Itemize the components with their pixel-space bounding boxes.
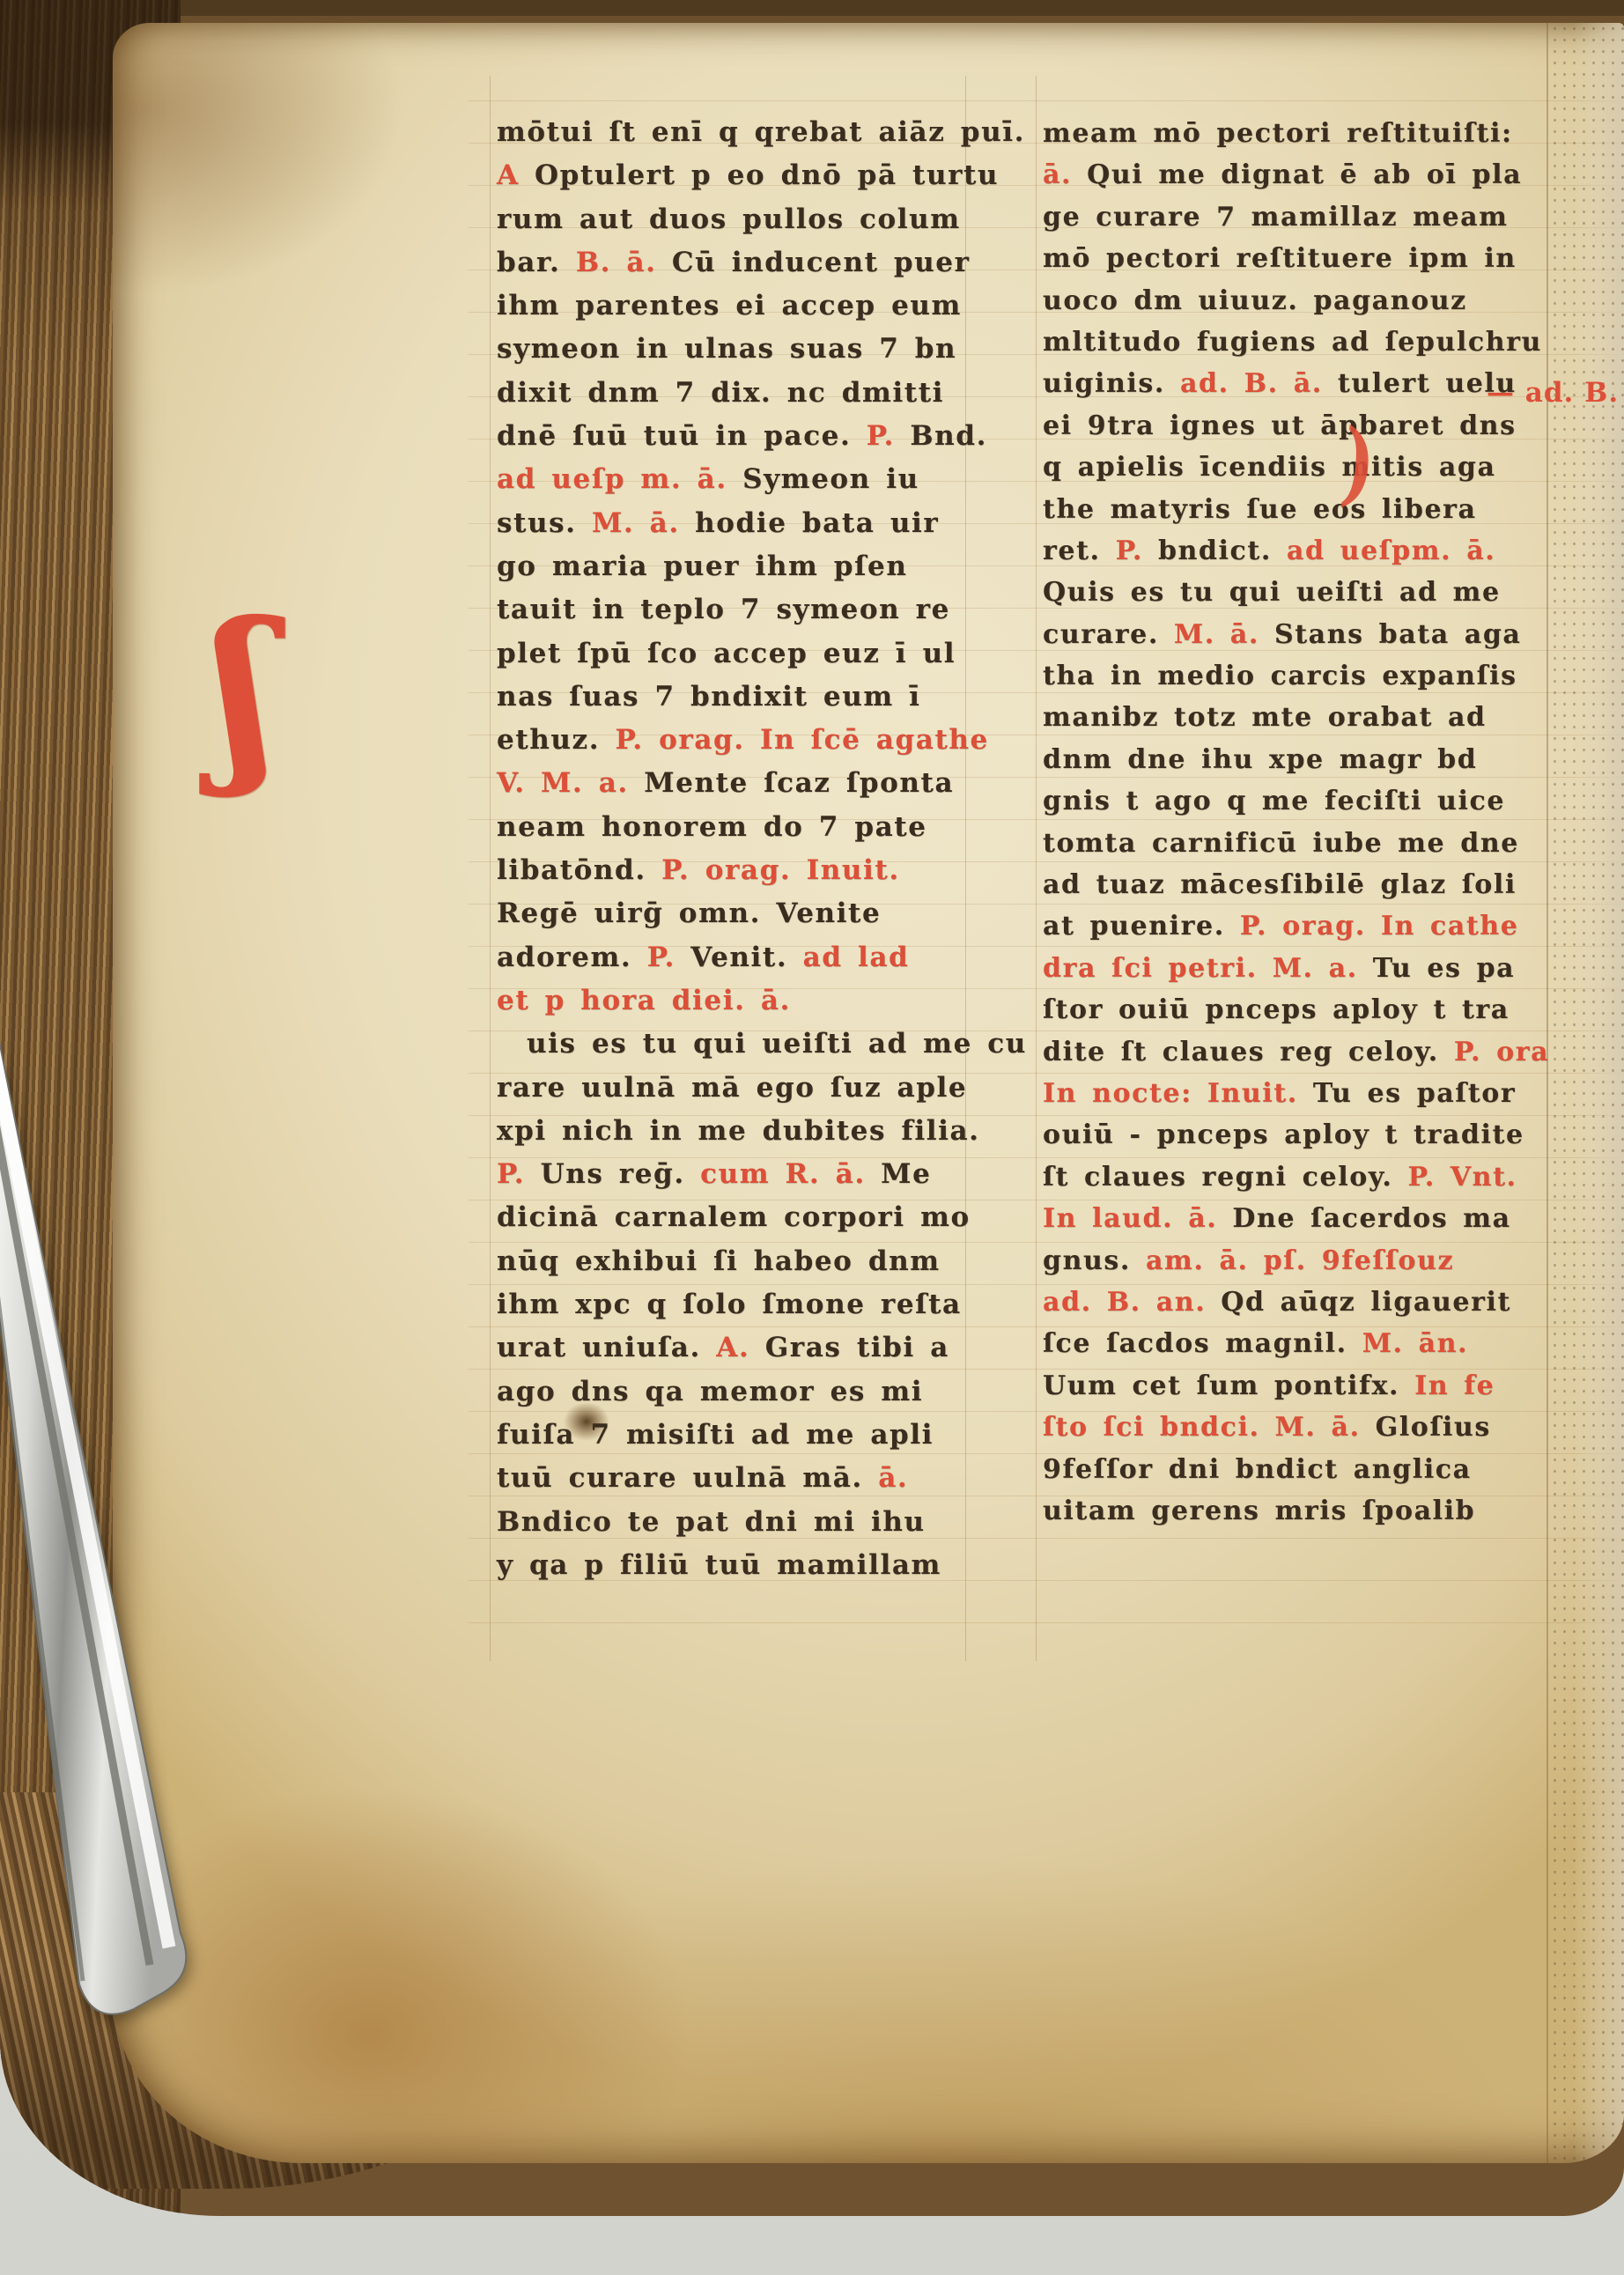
ink-text: dnē ſuū tuū in pace. xyxy=(497,420,867,452)
ink-text: libatōnd. xyxy=(497,854,661,886)
manuscript-text-line: ſtor ouiū pnceps aploy t tra xyxy=(1043,989,1549,1030)
ink-text: Regē uirḡ omn. Venite xyxy=(497,897,881,929)
ink-text: curare. xyxy=(1043,619,1174,650)
manuscript-text-line: neam honorem do 7 pate xyxy=(497,806,1027,849)
ink-text: Me xyxy=(881,1158,931,1190)
rubric-text: P. xyxy=(867,420,911,452)
ink-text: Venit. xyxy=(690,942,802,973)
ink-text: dicinā carnalem corpori mo xyxy=(497,1201,971,1233)
ink-text: at puenire. xyxy=(1043,911,1240,942)
manuscript-text-line: dra ſci petri. M. a. Tu es pa xyxy=(1043,948,1549,989)
ink-text: hodie bata uir xyxy=(695,507,939,539)
ink-text: ihm parentes ei accep eum xyxy=(497,290,962,321)
ink-text: rare uulnā mā ego ſuz aple xyxy=(497,1072,967,1104)
rubric-text: P. xyxy=(497,1158,541,1190)
ink-text: ad tuaz mācesſibilē glaz ſoli xyxy=(1043,869,1517,900)
ink-text: bar. xyxy=(497,247,576,278)
column-guide-line xyxy=(1036,76,1037,1661)
manuscript-text-line: manibz totz mte orabat ad xyxy=(1043,697,1549,738)
rubric-text: B. ā. xyxy=(576,247,672,278)
ink-text: manibz totz mte orabat ad xyxy=(1043,702,1487,733)
metal-blade xyxy=(0,956,291,2074)
ink-text: gnis t ago q me feciſti uice xyxy=(1043,786,1505,816)
ink-text: uis es tu qui ueiſti ad me cu xyxy=(527,1028,1027,1060)
manuscript-text-line: V. M. a. Mente ſcaz ſponta xyxy=(497,762,1027,805)
rubric-text: am. ā. pſ. 9feſſouz xyxy=(1146,1245,1454,1276)
manuscript-text-line: rum aut duos pullos colum xyxy=(497,198,1027,241)
manuscript-text-line: dnē ſuū tuū in pace. P. Bnd. xyxy=(497,415,1027,458)
manuscript-text-line: A Optulert p eo dnō pā turtu xyxy=(497,154,1027,197)
rubric-text: ad. B. an. xyxy=(1043,1287,1221,1318)
manuscript-text-line: ſt claues regni celoy. P. Vnt. xyxy=(1043,1156,1549,1198)
rubric-text: M. ā. xyxy=(1174,619,1274,650)
manuscript-text-line: ret. P. bndict. ad ueſpm. ā. xyxy=(1043,530,1549,572)
manuscript-text-line: uiginis. ad. B. ā. tulert uelu xyxy=(1043,363,1549,404)
manuscript-text-line: tomta carnificū iube me dne xyxy=(1043,823,1549,864)
manuscript-text-line: mō pectori reſtituere ipm in xyxy=(1043,238,1549,279)
photograph-of-open-manuscript: ʃ mōtui ſt enī q qrebat aiāz puī.A Optul… xyxy=(0,0,1624,2275)
ink-text: bndict. xyxy=(1158,536,1287,566)
manuscript-text-line: ago dns qa memor es mi xyxy=(497,1370,1027,1414)
ink-text: meam mō pectori reſtituiſti: xyxy=(1043,118,1513,149)
rubric-text: In nocte: Inuit. xyxy=(1043,1078,1313,1109)
manuscript-text-line: dite ſt claues reg celoy. P. ora xyxy=(1043,1031,1549,1073)
marginal-rubric-note: — ad. B. ā xyxy=(1487,377,1624,409)
ink-text: nas ſuas 7 bndixit eum ī xyxy=(497,681,921,713)
ink-text: tuū curare uulnā mā. xyxy=(497,1462,878,1494)
ink-text: dite ſt claues reg celoy. xyxy=(1043,1037,1454,1067)
ink-text: Optulert p eo dnō pā turtu xyxy=(535,159,999,191)
manuscript-text-line: go maria puer ihm pſen xyxy=(497,545,1027,588)
manuscript-text-line: Quis es tu qui ueiſti ad me xyxy=(1043,572,1549,613)
rubric-text: M. ān. xyxy=(1362,1328,1468,1359)
rubric-text: M. ā. xyxy=(592,507,695,539)
rubric-text: In cathe xyxy=(1381,911,1519,942)
ink-text: dixit dnm 7 dix. nc dmitti xyxy=(497,377,944,409)
manuscript-text-line: Bndico te pat dni mi ihu xyxy=(497,1501,1027,1544)
manuscript-text-line: adorem. P. Venit. ad lad xyxy=(497,936,1027,979)
manuscript-text-line: ad. B. an. Qd aūqz ligauerit xyxy=(1043,1282,1549,1323)
manuscript-text-line: tuū curare uulnā mā. ā. xyxy=(497,1457,1027,1500)
ink-text: ret. xyxy=(1043,536,1116,566)
manuscript-text-line: uoco dm uiuuz. paganouz xyxy=(1043,280,1549,321)
manuscript-text-line: ethuz. P. orag. In ſcē agathe xyxy=(497,719,1027,762)
manuscript-text-line: In laud. ā. Dne ſacerdos ma xyxy=(1043,1198,1549,1239)
ink-text: fuiſa 7 misiſti ad me apli xyxy=(497,1419,934,1451)
ink-text: ethuz. xyxy=(497,724,616,756)
ink-text: ſt claues regni celoy. xyxy=(1043,1162,1408,1193)
manuscript-text-line: nūq exhibui ſi habeo dnm xyxy=(497,1240,1027,1283)
rubric-text: P. orag. xyxy=(661,854,807,886)
manuscript-text-line: ihm xpc q ſolo ſmone reſta xyxy=(497,1283,1027,1326)
ink-text: Gloſius xyxy=(1376,1412,1491,1443)
manuscript-text-line: the matyris ſue eos libera xyxy=(1043,489,1549,530)
ink-text: ihm xpc q ſolo ſmone reſta xyxy=(497,1289,962,1320)
manuscript-text-line: dixit dnm 7 dix. nc dmitti xyxy=(497,372,1027,415)
manuscript-text-line: ouiū - pnceps aploy t tradite xyxy=(1043,1114,1549,1156)
column-guide-line xyxy=(490,76,491,1661)
ink-text: Qui me dignat ē ab oī pla xyxy=(1087,159,1522,190)
ink-text: dnm dne ihu xpe magr bd xyxy=(1043,744,1477,775)
manuscript-text-line: 9feſſor dni bndict anglica xyxy=(1043,1449,1549,1490)
manuscript-text-line: xpi nich in me dubites filia. xyxy=(497,1110,1027,1153)
manuscript-text-line: uis es tu qui ueiſti ad me cu xyxy=(497,1023,1027,1066)
text-column-right: meam mō pectori reſtituiſti:ā. Qui me di… xyxy=(1043,113,1549,1532)
manuscript-text-line: tauit in teplo 7 symeon re xyxy=(497,588,1027,632)
ink-text: Uns reḡ. xyxy=(541,1158,701,1190)
ink-text: Symeon iu xyxy=(742,463,919,495)
manuscript-text-line: fuiſa 7 misiſti ad me apli xyxy=(497,1414,1027,1457)
rubric-text: In laud. ā. xyxy=(1043,1203,1232,1234)
rubric-text: Inuit. xyxy=(807,854,900,886)
ink-text: ei 9tra ignes ut āpbaret dns xyxy=(1043,410,1517,441)
ink-text: Cū inducent puer xyxy=(672,247,971,278)
ink-text: stus. xyxy=(497,507,592,539)
manuscript-text-line: q apielis īcendiis mitis aga xyxy=(1043,447,1549,488)
manuscript-text-line: nas ſuas 7 bndixit eum ī xyxy=(497,676,1027,719)
ink-text: xpi nich in me dubites filia. xyxy=(497,1115,980,1147)
rubric-text: ſto ſci bndci. M. ā. xyxy=(1043,1412,1376,1443)
ink-text: uoco dm uiuuz. paganouz xyxy=(1043,285,1467,316)
ink-text: symeon in ulnas suas 7 bn xyxy=(497,333,956,365)
rubric-text: In fe xyxy=(1414,1370,1495,1401)
ink-text: ago dns qa memor es mi xyxy=(497,1376,923,1407)
manuscript-text-line: meam mō pectori reſtituiſti: xyxy=(1043,113,1549,154)
rubric-text: ad lad xyxy=(803,942,910,973)
ink-text: the matyris ſue eos libera xyxy=(1043,494,1477,525)
manuscript-text-line: rare uulnā mā ego ſuz aple xyxy=(497,1067,1027,1110)
ink-text: ſce ſacdos magnil. xyxy=(1043,1328,1362,1359)
ink-text: q apielis īcendiis mitis aga xyxy=(1043,452,1496,483)
ink-text: tauit in teplo 7 symeon re xyxy=(497,594,950,625)
manuscript-text-line: P. Uns reḡ. cum R. ā. Me xyxy=(497,1153,1027,1196)
rubric-text: et p hora diei. ā. xyxy=(497,985,791,1016)
rubric-text: P. ora xyxy=(1454,1037,1549,1067)
ink-text: Bndico te pat dni mi ihu xyxy=(497,1506,926,1538)
ink-text: Qd aūqz ligauerit xyxy=(1221,1287,1511,1318)
ink-text: uiginis. xyxy=(1043,368,1180,399)
manuscript-text-line: y qa p filiū tuū mamillam xyxy=(497,1544,1027,1587)
rubric-text: ad ueſpm. ā. xyxy=(1287,536,1495,566)
manuscript-text-line: In nocte: Inuit. Tu es paſtor xyxy=(1043,1073,1549,1114)
ink-text: ſtor ouiū pnceps aploy t tra xyxy=(1043,994,1510,1025)
ink-text: Quis es tu qui ueiſti ad me xyxy=(1043,577,1501,608)
manuscript-text-line: curare. M. ā. Stans bata aga xyxy=(1043,614,1549,655)
ink-text: neam honorem do 7 pate xyxy=(497,811,927,843)
manuscript-text-line: ſto ſci bndci. M. ā. Gloſius xyxy=(1043,1407,1549,1448)
manuscript-text-line: tha in medio carcis expanſis xyxy=(1043,655,1549,697)
rubric-text: P. xyxy=(1116,536,1158,566)
manuscript-text-line: at puenire. P. orag. In cathe xyxy=(1043,905,1549,947)
ink-text: rum aut duos pullos colum xyxy=(497,203,961,235)
ink-text: uitam gerens mris ſpoalib xyxy=(1043,1496,1475,1526)
rubric-text: P. xyxy=(647,942,691,973)
rubric-text: ad. B. ā. xyxy=(1180,368,1338,399)
ink-text: Mente ſcaz ſponta xyxy=(644,767,954,799)
parchment-page: ʃ mōtui ſt enī q qrebat aiāz puī.A Optul… xyxy=(113,23,1624,2163)
manuscript-text-line: plet ſpū ſco accep euz ī ul xyxy=(497,632,1027,676)
ink-text: Tu es pa xyxy=(1373,953,1515,984)
manuscript-text-line: uitam gerens mris ſpoalib xyxy=(1043,1490,1549,1532)
ink-text: mōtui ſt enī q qrebat aiāz puī. xyxy=(497,116,1025,148)
manuscript-text-line: urat uniuſa. A. Gras tibi a xyxy=(497,1326,1027,1370)
rubric-text: ad ueſp m. ā. xyxy=(497,463,742,495)
show-through-speckle-strip xyxy=(1550,23,1624,2163)
rubric-text: In ſcē agathe xyxy=(760,724,989,756)
ink-text: urat uniuſa. xyxy=(497,1332,716,1363)
ink-text: y qa p filiū tuū mamillam xyxy=(497,1549,941,1581)
manuscript-text-line: ad tuaz mācesſibilē glaz ſoli xyxy=(1043,864,1549,905)
manuscript-text-line: ā. Qui me dignat ē ab oī pla xyxy=(1043,154,1549,196)
ink-text: ge curare 7 mamillaz meam xyxy=(1043,202,1509,233)
manuscript-text-line: ge curare 7 mamillaz meam xyxy=(1043,196,1549,238)
manuscript-text-line: dnm dne ihu xpe magr bd xyxy=(1043,739,1549,780)
large-red-initial: ʃ xyxy=(213,597,275,784)
rubric-text: cum R. ā. xyxy=(700,1158,881,1190)
manuscript-text-line: ihm parentes ei accep eum xyxy=(497,284,1027,328)
ink-text: nūq exhibui ſi habeo dnm xyxy=(497,1245,941,1277)
manuscript-text-line: mltitudo fugiens ad ſepulchru xyxy=(1043,321,1549,363)
manuscript-text-line: ad ueſp m. ā. Symeon iu xyxy=(497,458,1027,501)
manuscript-text-line: gnus. am. ā. pſ. 9feſſouz xyxy=(1043,1240,1549,1282)
manuscript-text-line: bar. B. ā. Cū inducent puer xyxy=(497,241,1027,284)
manuscript-text-line: dicinā carnalem corpori mo xyxy=(497,1196,1027,1239)
rubric-text: ā. xyxy=(878,1462,908,1494)
ink-text: tha in medio carcis expanſis xyxy=(1043,661,1517,691)
manuscript-text-line: libatōnd. P. orag. Inuit. xyxy=(497,849,1027,892)
manuscript-text-line: ei 9tra ignes ut āpbaret dns xyxy=(1043,405,1549,447)
ink-text: Dne ſacerdos ma xyxy=(1232,1203,1510,1234)
rubric-text: V. M. a. xyxy=(497,767,644,799)
manuscript-text-line: ſce ſacdos magnil. M. ān. xyxy=(1043,1323,1549,1364)
ink-text: Stans bata aga xyxy=(1274,619,1522,650)
ink-text: go maria puer ihm pſen xyxy=(497,550,907,582)
ink-text: gnus. xyxy=(1043,1245,1146,1276)
ink-text: 9feſſor dni bndict anglica xyxy=(1043,1454,1472,1485)
manuscript-text-line: et p hora diei. ā. xyxy=(497,979,1027,1023)
rubric-text: P. orag. xyxy=(1240,911,1381,942)
rubric-text: A. xyxy=(716,1332,764,1363)
manuscript-text-line: gnis t ago q me feciſti uice xyxy=(1043,780,1549,822)
ink-text: tomta carnificū iube me dne xyxy=(1043,828,1519,859)
ink-text: mō pectori reſtituere ipm in xyxy=(1043,243,1517,274)
ink-text: Uum cet ſum pontifx. xyxy=(1043,1370,1414,1401)
manuscript-text-line: Regē uirḡ omn. Venite xyxy=(497,892,1027,935)
rubric-text: P. Vnt. xyxy=(1408,1162,1517,1193)
ink-text: Bnd. xyxy=(910,420,987,452)
ink-text: ouiū - pnceps aploy t tradite xyxy=(1043,1119,1524,1150)
rubric-text: dra ſci petri. M. a. xyxy=(1043,953,1373,984)
manuscript-text-line: mōtui ſt enī q qrebat aiāz puī. xyxy=(497,111,1027,154)
text-column-left: mōtui ſt enī q qrebat aiāz puī.A Optuler… xyxy=(497,111,1027,1587)
manuscript-text-line: Uum cet ſum pontifx. In fe xyxy=(1043,1365,1549,1407)
ink-text: adorem. xyxy=(497,942,647,973)
ink-text: mltitudo fugiens ad ſepulchru xyxy=(1043,327,1542,358)
ink-text: Tu es paſtor xyxy=(1313,1078,1516,1109)
ink-text: plet ſpū ſco accep euz ī ul xyxy=(497,638,956,669)
manuscript-text-line: stus. M. ā. hodie bata uir xyxy=(497,502,1027,545)
rubric-text: P. orag. xyxy=(616,724,761,756)
manuscript-text-line: symeon in ulnas suas 7 bn xyxy=(497,328,1027,371)
rubric-text: ā. xyxy=(1043,159,1087,190)
ink-text: Gras tibi a xyxy=(765,1332,949,1363)
rubric-text: A xyxy=(497,159,535,191)
